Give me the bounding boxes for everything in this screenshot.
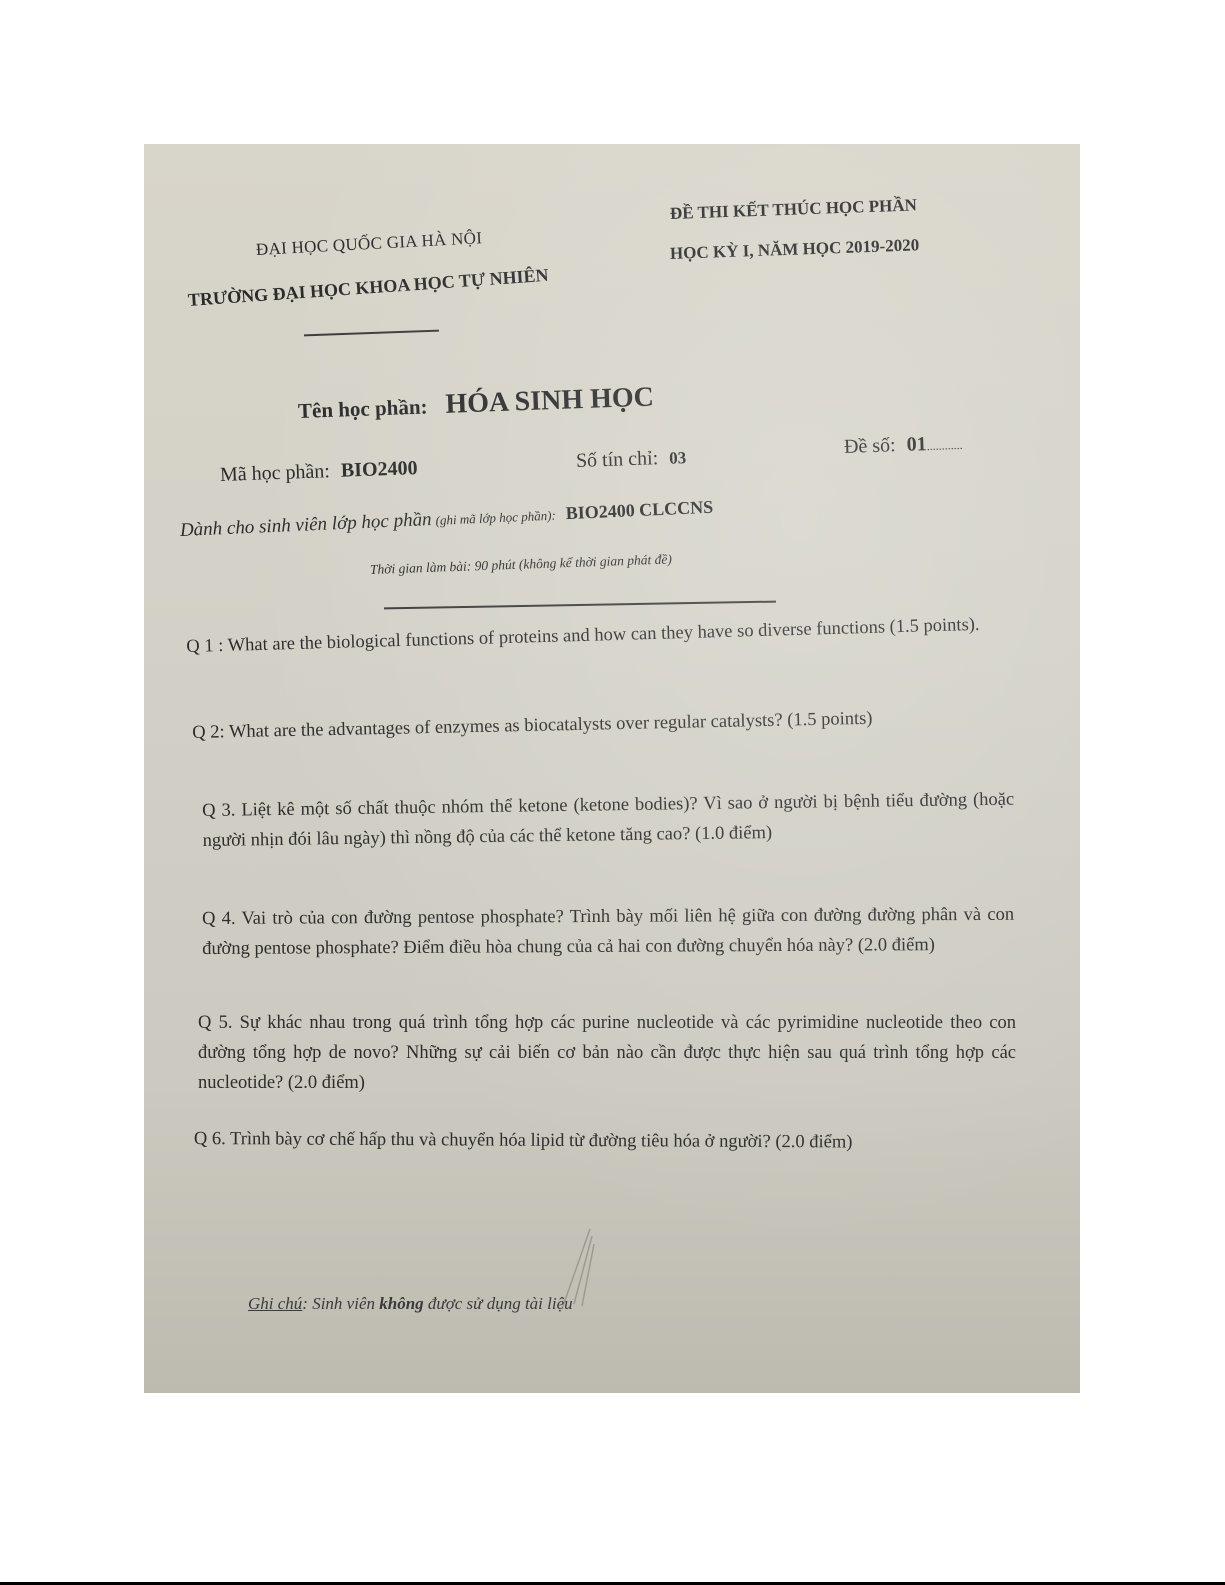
question-4: Q 4. Vai trò của con đường pentose phosp…: [202, 900, 1014, 964]
note-emphasis: không: [379, 1294, 423, 1313]
credits-value: 03: [669, 448, 687, 468]
exam-paper-photo: ĐẠI HỌC QUỐC GIA HÀ NỘI TRƯỜNG ĐẠI HỌC K…: [144, 144, 1080, 1393]
class-hint: (ghi mã lớp học phần):: [435, 508, 556, 528]
separator-line: [384, 601, 776, 610]
question-2: Q 2: What are the advantages of enzymes …: [192, 701, 1012, 748]
faculty-name: TRƯỜNG ĐẠI HỌC KHOA HỌC TỰ NHIÊN: [187, 265, 549, 311]
question-6: Q 6. Trình bày cơ chế hấp thu và chuyển …: [194, 1124, 1024, 1158]
exam-number-label: Đề số:: [844, 434, 896, 458]
course-code-value: BIO2400: [341, 457, 418, 482]
faculty-underline: [304, 330, 439, 337]
note-prefix: : Sinh viên: [302, 1294, 379, 1313]
credits-row: Số tín chỉ: 03: [576, 446, 687, 473]
semester: HỌC KỲ I, NĂM HỌC 2019-2020: [670, 235, 920, 264]
class-value: BIO2400 CLCCNS: [565, 497, 713, 523]
course-code-label: Mã học phần:: [220, 460, 331, 486]
credits-label: Số tín chỉ:: [576, 447, 659, 472]
note-label: Ghi chú: [248, 1294, 302, 1313]
exam-number-dots: ............: [926, 438, 962, 453]
exam-number-row: Đề số: 01............: [844, 432, 963, 459]
question-5: Q 5. Sự khác nhau trong quá trình tổng h…: [198, 1008, 1016, 1098]
class-row: Dành cho sinh viên lớp học phần (ghi mã …: [180, 497, 714, 542]
footer-note: Ghi chú: Sinh viên không được sử dụng tà…: [248, 1294, 573, 1314]
course-code-row: Mã học phần: BIO2400: [220, 457, 418, 487]
exam-number-value: 01: [906, 433, 927, 456]
exam-title: ĐỀ THI KẾT THÚC HỌC PHẦN: [670, 195, 918, 224]
question-1: Q 1 : What are the biological functions …: [186, 609, 1013, 662]
university-name: ĐẠI HỌC QUỐC GIA HÀ NỘI: [255, 228, 482, 260]
course-name-label: Tên học phần:: [298, 394, 428, 423]
course-name-value: HÓA SINH HỌC: [445, 382, 654, 420]
note-suffix: được sử dụng tài liệu: [424, 1294, 573, 1313]
class-label: Dành cho sinh viên lớp học phần: [180, 509, 433, 541]
time-note: Thời gian làm bài: 90 phút (không kể thờ…: [370, 551, 672, 578]
course-name-row: Tên học phần: HÓA SINH HỌC: [297, 382, 654, 426]
question-3: Q 3. Liệt kê một số chất thuộc nhóm thể …: [202, 785, 1015, 856]
